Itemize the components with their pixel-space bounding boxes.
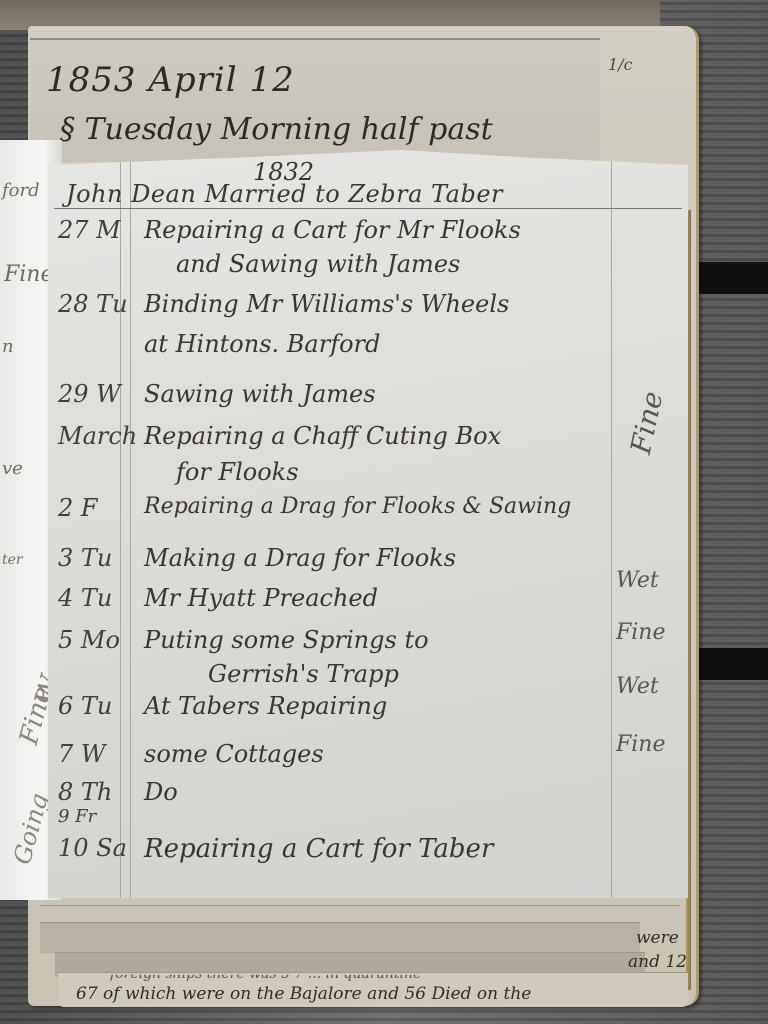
bottom-main-line: 67 of which were on the Bajalore and 56 … [76, 984, 531, 1004]
slip-date: 1853 April 12 [46, 60, 295, 100]
ledger-entry: 6 Tu At Tabers Repairing [48, 692, 688, 724]
weather-note: Wet [616, 568, 659, 593]
entry-text: for Flooks [176, 458, 299, 486]
entry-text: Repairing a Drag for Flooks & Sawing [144, 494, 571, 519]
ledger-entry: 2 F Repairing a Drag for Flooks & Sawing [48, 494, 688, 526]
left-margin-word: n [2, 336, 14, 357]
corner-note: 1/c [608, 55, 633, 74]
ledger-entry: 10 Sa Repairing a Cart for Taber [48, 834, 688, 866]
entry-text: Binding Mr Williams's Wheels [144, 290, 509, 318]
wood-plank-gap [690, 648, 768, 680]
weather-note: Wet [616, 674, 659, 699]
entry-text: Sawing with James [144, 380, 376, 408]
weather-note: Fine [616, 732, 666, 757]
ledger-entry: 29 W Sawing with James [48, 380, 688, 412]
ledger-entry: 7 W some Cottages [48, 740, 688, 772]
entry-text: some Cottages [144, 740, 324, 768]
left-margin-word: ford [2, 180, 40, 201]
entry-text: at Hintons. Barford [144, 330, 380, 358]
left-margin-word: Fine [4, 262, 54, 287]
entry-text: Repairing a Cart for Mr Flooks [144, 216, 521, 244]
entry-text: and Sawing with James [176, 250, 460, 278]
slip-time-line: § Tuesday Morning half past [60, 112, 493, 147]
entry-day: 4 Tu [58, 584, 112, 612]
entry-day: 9 Fr [58, 806, 96, 827]
entry-text: Repairing a Cart for Taber [144, 834, 493, 864]
ledger-entry: 27 M Repairing a Cart for Mr Flooks [48, 216, 688, 248]
left-margin-word: ter [2, 552, 23, 568]
ledger-heading: John Dean Married to Zebra Taber [66, 180, 503, 208]
entry-text: Do [144, 778, 178, 806]
entry-text: Mr Hyatt Preached [144, 584, 378, 612]
bottom-fragment: were [636, 928, 679, 948]
entry-day: 3 Tu [58, 544, 112, 572]
ledger-entry: for Flooks [48, 458, 688, 490]
weather-note: Fine [616, 620, 666, 645]
top-slip-1853: 1853 April 12 § Tuesday Morning half pas… [30, 38, 600, 162]
entry-day: March [58, 422, 137, 450]
ledger-entry: 3 Tu Making a Drag for Flooks [48, 544, 688, 576]
entry-day: 2 F [58, 494, 98, 522]
entry-day: 28 Tu [58, 290, 128, 318]
entry-text: At Tabers Repairing [144, 692, 387, 720]
bottom-strip [40, 922, 640, 953]
wood-plank-gap [690, 262, 768, 294]
left-vertical-going: Going [8, 790, 54, 867]
ledger-entry: 28 Tu Binding Mr Williams's Wheels [48, 290, 688, 322]
entry-day: 5 Mo [58, 626, 120, 654]
entry-text: Gerrish's Trapp [208, 660, 399, 688]
entry-text: Making a Drag for Flooks [144, 544, 456, 572]
bottom-fragment: and 12 [628, 952, 687, 972]
left-margin-word: ve [2, 458, 23, 479]
ledger-entry: 4 Tu Mr Hyatt Preached [48, 584, 688, 616]
entry-day: 27 M [58, 216, 121, 244]
entry-text: Puting some Springs to [144, 626, 429, 654]
ledger-entry: 5 Mo Puting some Springs to [48, 626, 688, 658]
ledger-page-1832: 1832 John Dean Married to Zebra Taber 27… [48, 150, 688, 898]
ledger-entry: at Hintons. Barford [48, 330, 688, 362]
entry-text: Repairing a Chaff Cuting Box [144, 422, 501, 450]
entry-day: 10 Sa [58, 834, 127, 862]
ledger-entry: Gerrish's Trapp [48, 660, 688, 692]
header-rule [54, 208, 682, 209]
entry-day: 29 W [58, 380, 121, 408]
entry-day: 6 Tu [58, 692, 112, 720]
entry-day: 8 Th [58, 778, 112, 806]
ledger-entry: March Repairing a Chaff Cuting Box [48, 422, 688, 454]
entry-day: 7 W [58, 740, 106, 768]
ledger-entry: and Sawing with James [48, 250, 688, 282]
